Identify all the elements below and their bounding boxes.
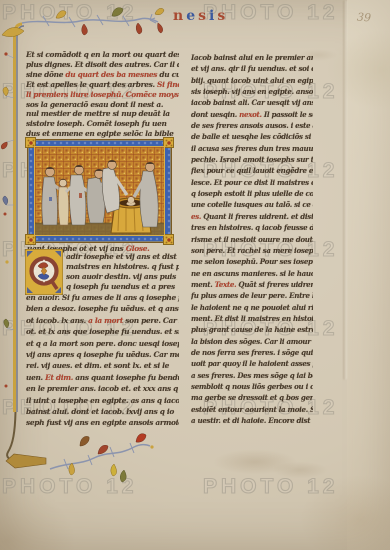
photo12-watermark: PHOTO 12 [2,475,137,499]
text-line: sembloit q nous liõs gerbes ou i chãp [191,381,313,392]
text-line: pechie. Israel amoit iosephs sur tous se… [191,154,313,165]
text-line: tres en histoires. q iacob feusse de me [191,222,313,233]
text-line: Et si comãdoit q en la mort ou quart des… [26,50,179,60]
text-line: fiex pour ce quil lauoit engẽdre en sa u… [191,165,313,176]
folio-number: 39 [357,11,372,25]
bottom-vine-leaves [69,434,154,482]
text-line: le haioient ne q ne pouoiet alui rie [191,302,313,313]
joseph-head-in-well [128,197,135,204]
text-line: uen. Et dim. ans quant iosephe fu bendus [26,372,179,383]
text-line: une cotelle iusques au talõ. si ce disp … [191,199,313,210]
text-line: biij. quant iacob uint alui en egipte di… [191,75,313,86]
border-bar-gold [15,24,23,412]
text-line: me selon iosephū. Pour ses ioseph don [191,256,313,267]
text-line: dont uesqin. nexot. Il passoit le soue a [191,109,313,120]
text-line: seph fust vij ans en egipte ansois armoi… [26,417,179,428]
text-line: sine dõne du quart des ba mesnes du cuer [26,70,179,80]
photo12-watermark: PHOTO 12 [203,475,338,499]
text-line: estoiẽt entour aourient la moie. Si [191,404,313,415]
bottom-vine-thorns [64,443,134,469]
text-line: ma gerbe se dressoit et q bos gerbes [191,392,313,403]
text-line: ot. et lx ans que iosephe fu uendus. et … [26,326,179,337]
text-line: q ioseph fu uendus et a pres [66,282,179,292]
text-line: et q a la mort son pere. donc uesqi iose… [26,338,179,349]
running-title-letter: s [198,8,209,24]
bar-tail-tip [6,454,46,468]
text-line: q ioseph estoit li plus uielle de corps … [191,188,313,199]
photo12-watermark: PHOTO 12 [2,1,137,25]
illuminated-initial [25,249,63,295]
text-line: ot iacob. lx ans. a la mort son pere. Ca… [26,315,179,326]
running-title-letter: s [217,8,228,24]
text-line: sistoire ioseph. Comẽt ioseph fu uen [26,119,179,129]
text-line: adir iosephe et vij ans et dist li [66,252,179,262]
text-line: plus dignes. Et disoit des autres. Car i… [26,60,179,70]
manuscript-page-photo: PHOTO 12PHOTO 12PHOTO 12PHOTO 12PHOTO 12… [0,0,390,550]
text-line: li premiers liure iosephū. Comẽce moys [26,90,179,100]
text-line: iacob bainst ali. Car uesqit vij ans des… [191,97,313,108]
text-line: uoit par quoy il le haioient asses plus [191,358,313,369]
text-line: a uestir. et di haioie. Encore dist [191,415,313,426]
text-line: il uint a iosephe en egipte. as ans q ia… [26,395,179,406]
text-line: bainst alui. dont et iacob. lxvij ans q … [26,406,179,417]
top-vine-thorns [43,14,156,27]
text-line: de ses freres ansois ausos. i este auec … [191,120,313,131]
text-line: sos la generaciõ esau dont il nest a. [26,100,179,110]
bottom-vine-stem [50,445,150,469]
text-line: son auoir destin. vij ans puis [66,272,179,282]
text-line: de nos ferra ses freres. i sõge quil a [191,347,313,358]
left-column-upper-text: Et si comãdoit q en la mort ou quart des… [26,50,179,139]
text-line: dus et enmene en egipte selõc la bible [26,129,179,139]
text-line: nul mestier de mettre si nup deuãt la [26,109,179,119]
running-title-letter: e [186,8,198,24]
right-column-text: Iacob bainst alui en le premier ans iosp… [191,52,313,426]
text-line: en le premier ans. iacob et. et xxx ans … [26,383,179,394]
text-line: la bision des sõges. Car li amour quil [191,336,313,347]
text-line: fu plus ames de leur pere. Entre li autr… [191,290,313,301]
text-line: vij ans apres q iosephe fu uẽdus. Car me [26,349,179,360]
bar-tail [7,412,18,462]
text-line: ment. Texte. Quãt si freres uidrent quil [191,279,313,290]
text-line: risme et il nestoit ouure me doutes au [191,234,313,245]
text-line: Iacob bainst alui en le premier ans iosp… [191,52,313,63]
text-line: a ses freres. Des mes sõge q iai ben [191,370,313,381]
page-edge [343,0,347,380]
text-line: ne en ascuns manieres. si le hauoiẽt q [191,268,313,279]
running-title-letter: n [173,8,186,24]
facing-page-area [347,0,390,550]
running-title: nesis [173,8,228,24]
text-line: bien a desoz. iosephe fu uẽdus. et q ans… [26,303,179,314]
text-line: es. Quant li freres uidrent. et dist li … [191,211,313,222]
text-line: lesce. Et pour ce dist li maistres en hi… [191,177,313,188]
text-line: de balle et uesqhe les cõdiciõs si q pe [191,131,313,142]
left-column-text-beside-initial: adir iosephe et vij ans et dist limaistr… [66,252,179,292]
miniature-joseph-in-well [27,139,172,243]
text-line: il acusa ses freres dun tres mauuais [191,143,313,154]
text-line: maistres en histoires. q fust por [66,262,179,272]
bar-sprigs [1,52,14,387]
text-line: sis ioseph. vij ans en egipte. ansois qu… [191,86,313,97]
text-line: ment. Et dist li maistres en histoires [191,313,313,324]
top-vine-stem [22,18,158,23]
miniature-scene [34,146,165,236]
border-bar-blue [17,26,24,412]
text-line: rei. vij aues. et dim. et sont lx. et si… [26,360,179,371]
text-line: Et est apelles le quart des arbres. Si f… [26,80,179,90]
top-vine-leaves [2,8,164,37]
text-line: son pere. Et rachel sa mere ioseph disoi… [191,245,313,256]
left-column-lower-text: en auoir. Si fu ames de li ans q iosephe… [26,292,179,429]
text-line: et vij ans. qir il fu uendus. et soi et … [191,63,313,74]
text-line: plus grant cause de la haine estre [191,324,313,335]
